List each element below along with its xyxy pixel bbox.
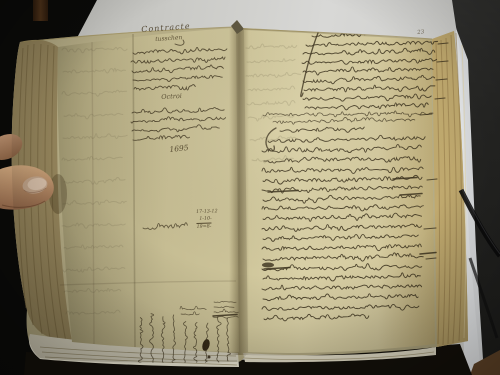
arithmetic-total: 19=8- (196, 222, 211, 231)
book-scene (0, 0, 500, 375)
manuscript-photo: Contracte tusschen Octroi 1695 23 17-13-… (0, 0, 500, 375)
line-end-dash (430, 33, 442, 34)
book-vignette (0, 0, 500, 375)
right-page-number: 23 (417, 29, 424, 36)
left-page-section-word: Octroi (161, 92, 182, 101)
arithmetic-note: 17-13-12 1-10- 19=8- (196, 209, 218, 231)
